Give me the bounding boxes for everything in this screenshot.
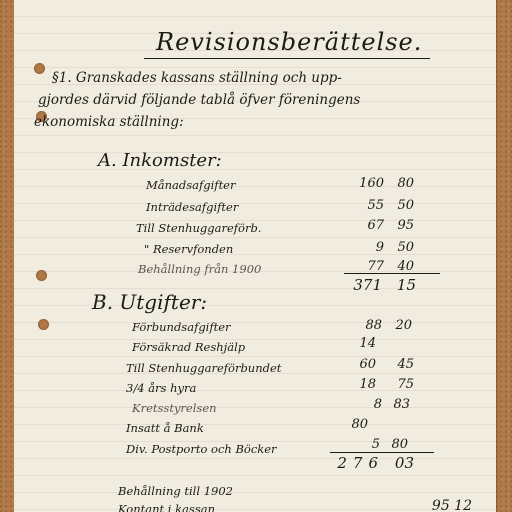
income-total-ore: 15 bbox=[392, 276, 416, 294]
expense-kronor: 8 bbox=[354, 397, 382, 412]
expense-kronor: 5 bbox=[356, 437, 380, 452]
income-kronor: 55 bbox=[354, 198, 384, 213]
income-label: Inträdesafgifter bbox=[146, 200, 238, 214]
expense-ore: 75 bbox=[392, 377, 414, 392]
punch-hole bbox=[34, 63, 45, 74]
income-kronor: 160 bbox=[354, 176, 384, 191]
income-label: Månadsafgifter bbox=[146, 178, 236, 192]
expense-label: Insatt å Bank bbox=[126, 421, 204, 435]
intro-line: gjordes därvid följande tablå öfver före… bbox=[38, 92, 360, 108]
expense-label: Till Stenhuggareförbundet bbox=[126, 361, 281, 375]
expense-label: 3/4 års hyra bbox=[126, 381, 196, 395]
punch-hole bbox=[38, 319, 49, 330]
expense-kronor: 60 bbox=[348, 357, 376, 372]
income-kronor: 67 bbox=[354, 218, 384, 233]
income-kronor: 9 bbox=[354, 240, 384, 255]
income-kronor: 77 bbox=[354, 259, 384, 274]
income-label: Behållning från 1900 bbox=[138, 262, 261, 276]
expense-ore: 45 bbox=[392, 357, 414, 372]
income-label: Till Stenhuggareförb. bbox=[136, 221, 261, 235]
income-ore: 95 bbox=[392, 218, 414, 233]
expense-ore: 83 bbox=[388, 397, 410, 412]
intro-line: §1. Granskades kassans ställning och upp… bbox=[52, 70, 342, 86]
expense-ore: 20 bbox=[390, 318, 412, 333]
income-ore: 80 bbox=[392, 176, 414, 191]
income-label: " Reservfonden bbox=[144, 242, 233, 256]
expense-ore: 80 bbox=[386, 437, 408, 452]
document-page: Revisionsberättelse. §1. Granskades kass… bbox=[14, 0, 496, 512]
expense-label: Förbundsafgifter bbox=[132, 320, 231, 334]
footer-line: Kontant i kassan bbox=[118, 502, 215, 512]
expense-label: Div. Postporto och Böcker bbox=[126, 442, 277, 456]
income-ore: 50 bbox=[392, 240, 414, 255]
expense-total-ore: 03 bbox=[392, 454, 414, 472]
expense-total: 276 bbox=[320, 454, 384, 472]
punch-hole bbox=[36, 270, 47, 281]
sum-rule bbox=[344, 273, 440, 274]
expenses-heading: B. Utgifter: bbox=[92, 290, 207, 314]
income-ore: 50 bbox=[392, 198, 414, 213]
income-total-kronor: 371 bbox=[346, 276, 382, 294]
document-title: Revisionsberättelse. bbox=[144, 28, 430, 59]
income-ore: 40 bbox=[392, 259, 414, 274]
expense-kronor: 80 bbox=[340, 417, 368, 432]
expense-kronor: 18 bbox=[348, 377, 376, 392]
expense-label: Kretsstyrelsen bbox=[132, 401, 217, 415]
expense-kronor: 14 bbox=[348, 336, 376, 351]
expense-label: Försäkrad Reshjälp bbox=[132, 340, 245, 354]
intro-line: ekonomiska ställning: bbox=[34, 114, 184, 130]
expense-kronor: 88 bbox=[354, 318, 382, 333]
footer-line: Behållning till 1902 bbox=[118, 484, 233, 498]
income-heading: A. Inkomster: bbox=[98, 150, 222, 171]
footer-amount: 95 12 bbox=[420, 498, 472, 512]
